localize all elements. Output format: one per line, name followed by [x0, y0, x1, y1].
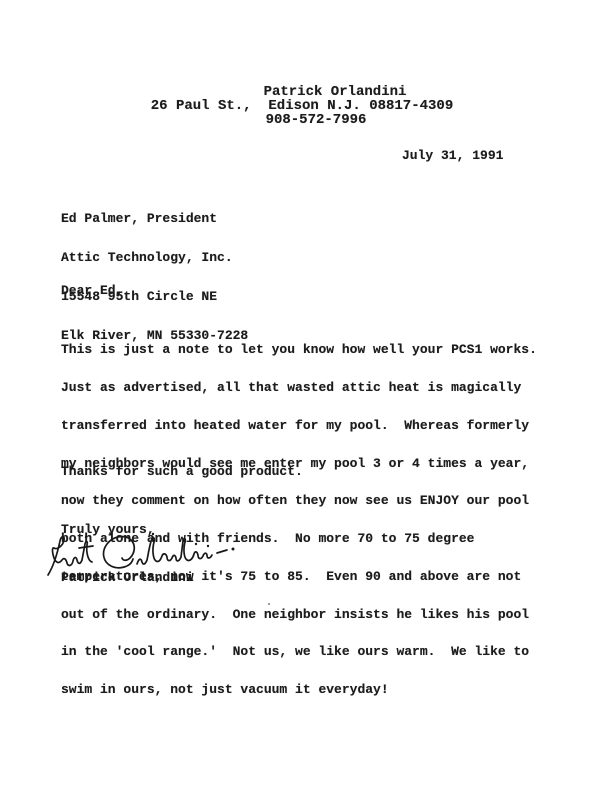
letterhead: Patrick Orlandini 26 Paul St., Edison N.… [0, 85, 612, 127]
body-line: swim in ours, not just vacuum it everyda… [61, 684, 537, 697]
typed-signature-name: Patrick Orlandini [61, 570, 194, 585]
recipient-line: Attic Technology, Inc. [61, 251, 248, 264]
letter-body-paragraph: This is just a note to let you know how … [61, 319, 537, 722]
closing-line: Thanks for such a good product. [61, 464, 303, 479]
letter-page: Patrick Orlandini 26 Paul St., Edison N.… [0, 0, 612, 791]
body-line: now they comment on how often they now s… [61, 495, 537, 508]
body-line: transferred into heated water for my poo… [61, 420, 537, 433]
sender-address: 26 Paul St., Edison N.J. 08817-4309 [0, 99, 608, 113]
scan-artifact-dot [268, 603, 270, 605]
body-line: in the 'cool range.' Not us, we like our… [61, 646, 537, 659]
sender-name: Patrick Orlandini [29, 85, 612, 99]
body-line: Just as advertised, all that wasted atti… [61, 382, 537, 395]
recipient-line: Ed Palmer, President [61, 212, 248, 225]
body-line: This is just a note to let you know how … [61, 344, 537, 357]
body-line: out of the ordinary. One neighbor insist… [61, 609, 537, 622]
salutation: Dear Ed, [61, 284, 123, 297]
sender-phone: 908-572-7996 [10, 113, 612, 127]
letter-date: July 31, 1991 [402, 149, 503, 163]
